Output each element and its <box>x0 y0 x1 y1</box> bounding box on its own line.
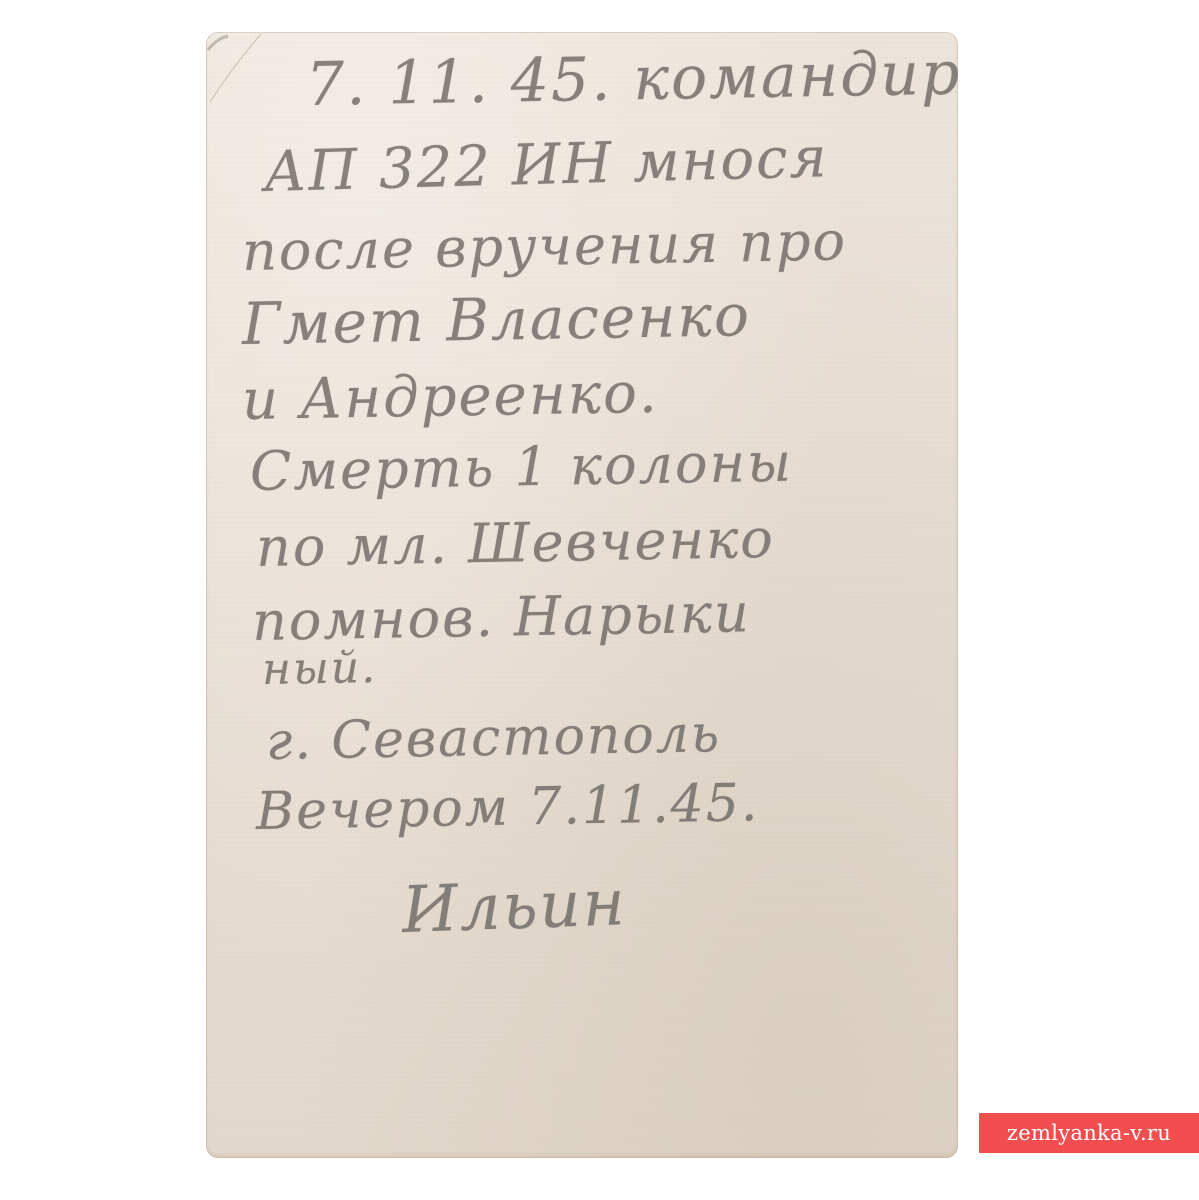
handwriting-line: 7. 11. 45. командир <box>305 39 958 120</box>
handwriting-line: по мл. Шевченко <box>255 507 775 579</box>
handwriting-line: Гмет Власенко <box>241 281 751 358</box>
photo-card-reverse: 7. 11. 45. командир АП 322 ИН мнося посл… <box>206 32 958 1158</box>
handwriting-line: Смерть 1 колоны <box>249 431 793 503</box>
handwriting-line: г. Севастополь <box>265 704 721 772</box>
handwriting-line: Вечером 7.11.45. <box>255 773 759 842</box>
handwriting-line: ный. <box>262 642 378 695</box>
page: 7. 11. 45. командир АП 322 ИН мнося посл… <box>0 0 1199 1200</box>
watermark-text: zemlyanka-v.ru <box>1007 1121 1171 1145</box>
watermark-badge[interactable]: zemlyanka-v.ru <box>979 1113 1199 1153</box>
handwriting-line: после вручения про <box>241 209 847 283</box>
handwriting-line: и Андреенко. <box>241 361 659 433</box>
handwriting-line: АП 322 ИН мнося <box>263 125 829 205</box>
handwritten-text: 7. 11. 45. командир АП 322 ИН мнося посл… <box>206 32 958 1158</box>
handwriting-signature: Ильин <box>401 866 628 948</box>
